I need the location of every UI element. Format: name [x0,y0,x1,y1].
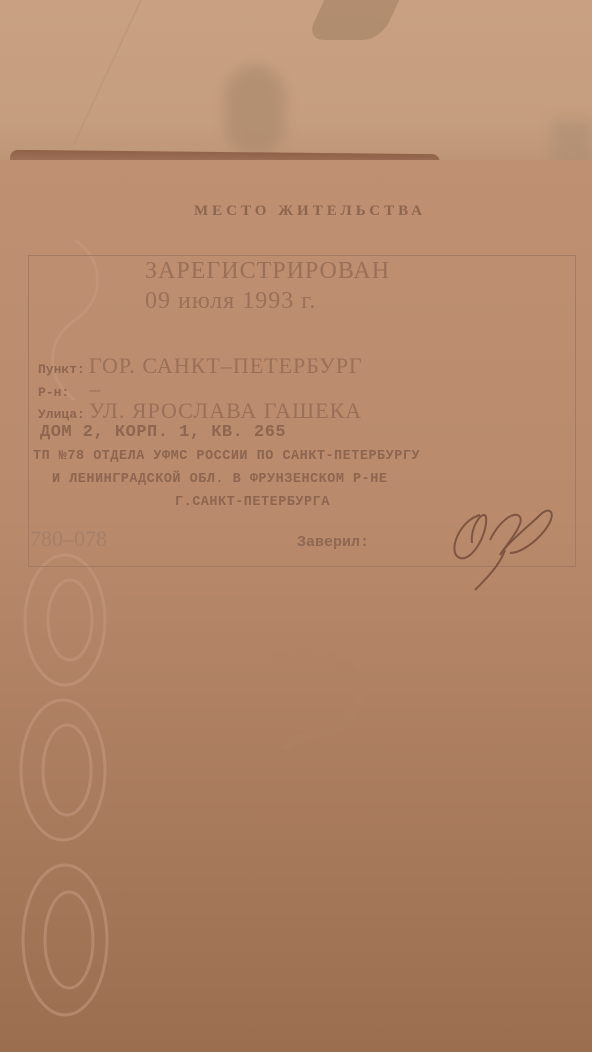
field-house: ДОМ 2, КОРП. 1, КВ. 265 [40,423,286,442]
field-value: УЛ. ЯРОСЛАВА ГАШЕКА [89,398,362,423]
authority-line: И ЛЕНИНГРАДСКОЙ ОБЛ. В ФРУНЗЕНСКОМ Р-НЕ [52,472,387,487]
field-label: Улица: [38,407,85,422]
field-label: Пункт: [38,362,85,377]
background-shadow [306,0,400,40]
registration-date: 09 июля 1993 г. [145,288,316,315]
background-shadow [225,65,285,155]
certified-label: Заверил: [297,534,369,551]
watermark-icon [245,640,395,790]
field-street: Улица: УЛ. ЯРОСЛАВА ГАШЕКА [38,398,362,424]
stamp-heading: ЗАРЕГИСТРИРОВАН [145,258,390,285]
signature-icon [440,495,590,595]
section-title: МЕСТО ЖИТЕЛЬСТВА [100,203,520,220]
field-value: ГОР. САНКТ–ПЕТЕРБУРГ [89,353,363,378]
subdivision-code: 780–078 [30,526,107,552]
authority-line: ТП №78 ОТДЕЛА УФМС РОССИИ ПО САНКТ-ПЕТЕР… [33,449,420,464]
background-surface [0,0,592,175]
background-line [72,0,141,145]
authority-line: Г.САНКТ-ПЕТЕРБУРГА [175,495,330,510]
